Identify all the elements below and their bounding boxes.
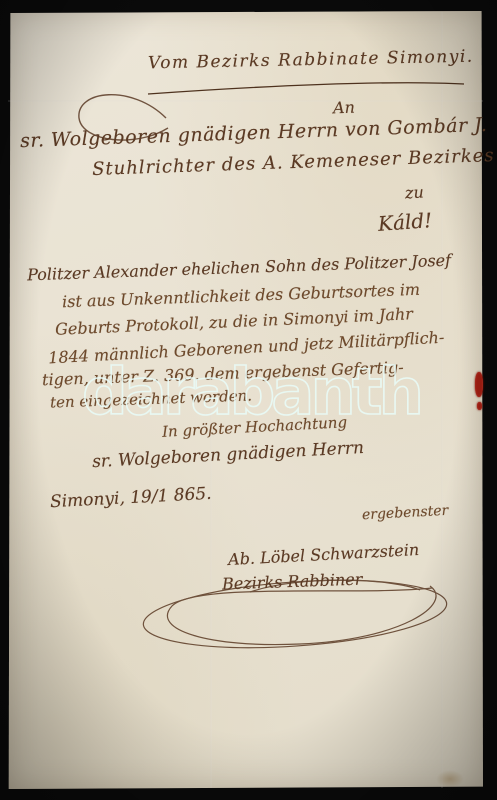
photo-background: Vom Bezirks Rabbinate Simonyi. An sr. Wo… — [0, 0, 497, 800]
paper-stain — [436, 770, 464, 788]
address-zu: zu — [405, 183, 425, 203]
wax-seal — [475, 372, 483, 397]
wax-seal-dot — [477, 402, 482, 410]
address-place: Káld! — [377, 208, 433, 236]
salutation-an: An — [333, 98, 356, 118]
